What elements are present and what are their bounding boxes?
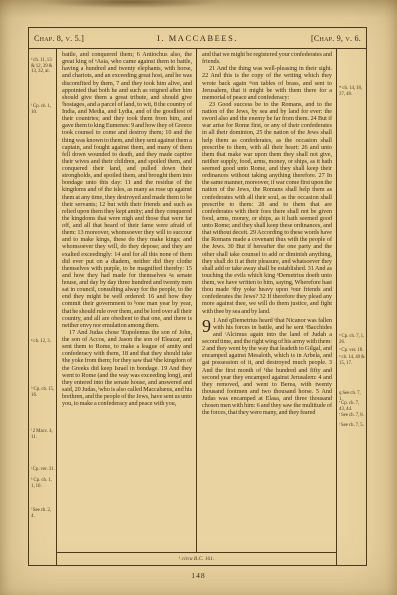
header-right-chapter: [Chap. 9, v. 6. [311, 34, 361, 43]
page-body: ᵉ ch. 11, 13 & 12, 39 & 13, 32, al. ᶠ Cp… [29, 49, 366, 565]
margin-note-n: ⁿ Cp. ch. 7, 1, 26. [339, 334, 365, 345]
verse-paragraph: 23 Good success be to the Romans, and to… [202, 101, 332, 315]
margin-note-f: ᶠ Cp. ch. 1, 10. [31, 104, 55, 115]
page-frame: Chap. 8, v. 5.] I. MACCABEES. [Chap. 9, … [28, 27, 367, 566]
margin-note-m: ᵐ ch. 14, 18, 27, 48. [339, 86, 365, 97]
chapter-text: 1 And qDemetrius heard ʳthat Nicanor was… [202, 317, 332, 417]
left-margin-notes: ᵉ ch. 11, 13 & 12, 39 & 13, 32, al. ᶠ Cp… [29, 49, 57, 565]
chapter-drop-cap: 9 [202, 317, 213, 333]
verse-paragraph: 17 And Judas chose ⁱEupolemus the son of… [62, 329, 192, 407]
verse-paragraph: 21 And the thing was well-pleasing in th… [202, 65, 332, 101]
margin-note-i: ⁱ 2 Macc. 4, 11. [31, 429, 55, 440]
margin-note-g: ᵍ ch. 12, 3. [31, 339, 55, 345]
chapter-9-paragraph: 9 1 And qDemetrius heard ʳthat Nicanor w… [202, 317, 332, 417]
margin-note-o: ᵒ Cp. ver. 18. [339, 348, 365, 354]
verse-paragraph: battle, and conquered them; 6 Antiochus … [62, 51, 192, 329]
margin-note-k: ᵏ Cp. ch. 1, 1, 10. [31, 478, 55, 489]
right-margin-notes: ᵐ ch. 14, 18, 27, 48. ⁿ Cp. ch. 7, 1, 26… [336, 49, 366, 565]
page-number: 148 [0, 571, 397, 580]
margin-note-j: ʲ Cp. ver. 31. [31, 467, 55, 473]
footnote: ¹ circa B.C. 161. [179, 556, 215, 562]
left-text-column: battle, and conquered them; 6 Antiochus … [57, 49, 196, 552]
running-header: Chap. 8, v. 5.] I. MACCABEES. [Chap. 9, … [29, 28, 366, 49]
text-area: battle, and conquered them; 6 Antiochus … [57, 49, 336, 565]
margin-note-t: ᵗ See ch. 7, 5. [339, 423, 365, 429]
header-left-chapter: Chap. 8, v. 5.] [34, 34, 84, 43]
book-page: Chap. 8, v. 5.] I. MACCABEES. [Chap. 9, … [0, 0, 397, 595]
margin-note-e: ᵉ ch. 11, 13 & 12, 39 & 13, 32, al. [31, 58, 55, 75]
right-text-column: and that we might be registered your con… [197, 49, 336, 552]
margin-note-l: ˡ See ch. 2, 4. [31, 508, 55, 519]
verse-paragraph: and that we might be registered your con… [202, 51, 332, 65]
footnote-bar: ¹ circa B.C. 161. [57, 552, 336, 565]
margin-note-h: ʰ Cp. ch. 15, 16. [31, 387, 55, 398]
margin-note-r: ʳ Cp. ch. 7, 43, 44. [339, 401, 365, 412]
margin-note-s: ˢ See ch. 7, 8. [339, 413, 365, 419]
two-column-text: battle, and conquered them; 6 Antiochus … [57, 49, 336, 552]
margin-note-p: ᵖ ch. 14, 40 & 15, 17. [339, 355, 365, 366]
